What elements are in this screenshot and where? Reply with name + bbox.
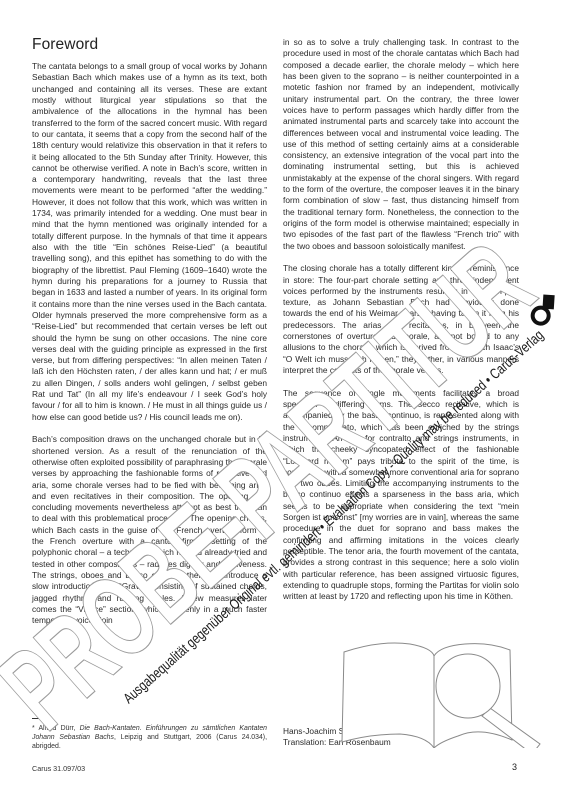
left-column: The cantata belongs to a small group of … (32, 61, 267, 638)
right-column: in so as to solve a truly challenging ta… (283, 37, 519, 614)
book-magnifier-icon (340, 636, 552, 748)
paragraph: The cantata belongs to a small group of … (32, 61, 267, 423)
carus-logo-icon (525, 289, 563, 327)
page-title: Foreword (32, 36, 98, 54)
paragraph: Bach’s composition draws on the unchange… (32, 434, 267, 626)
footnote-divider (32, 718, 44, 719)
document-page: Foreword The cantata belongs to a small … (0, 0, 563, 800)
paragraph: The closing chorale has a totally differ… (283, 263, 519, 376)
catalog-number: Carus 31.097/03 (32, 764, 85, 773)
footnote: * Alfred Dürr, Die Bach-Kantaten. Einfüh… (32, 724, 267, 751)
paragraph: The sequence of single movements facili­… (283, 388, 519, 603)
footnote-text: * Alfred Dürr, (32, 725, 80, 732)
page-number: 3 (512, 762, 517, 772)
paragraph: in so as to solve a truly challenging ta… (283, 37, 519, 252)
